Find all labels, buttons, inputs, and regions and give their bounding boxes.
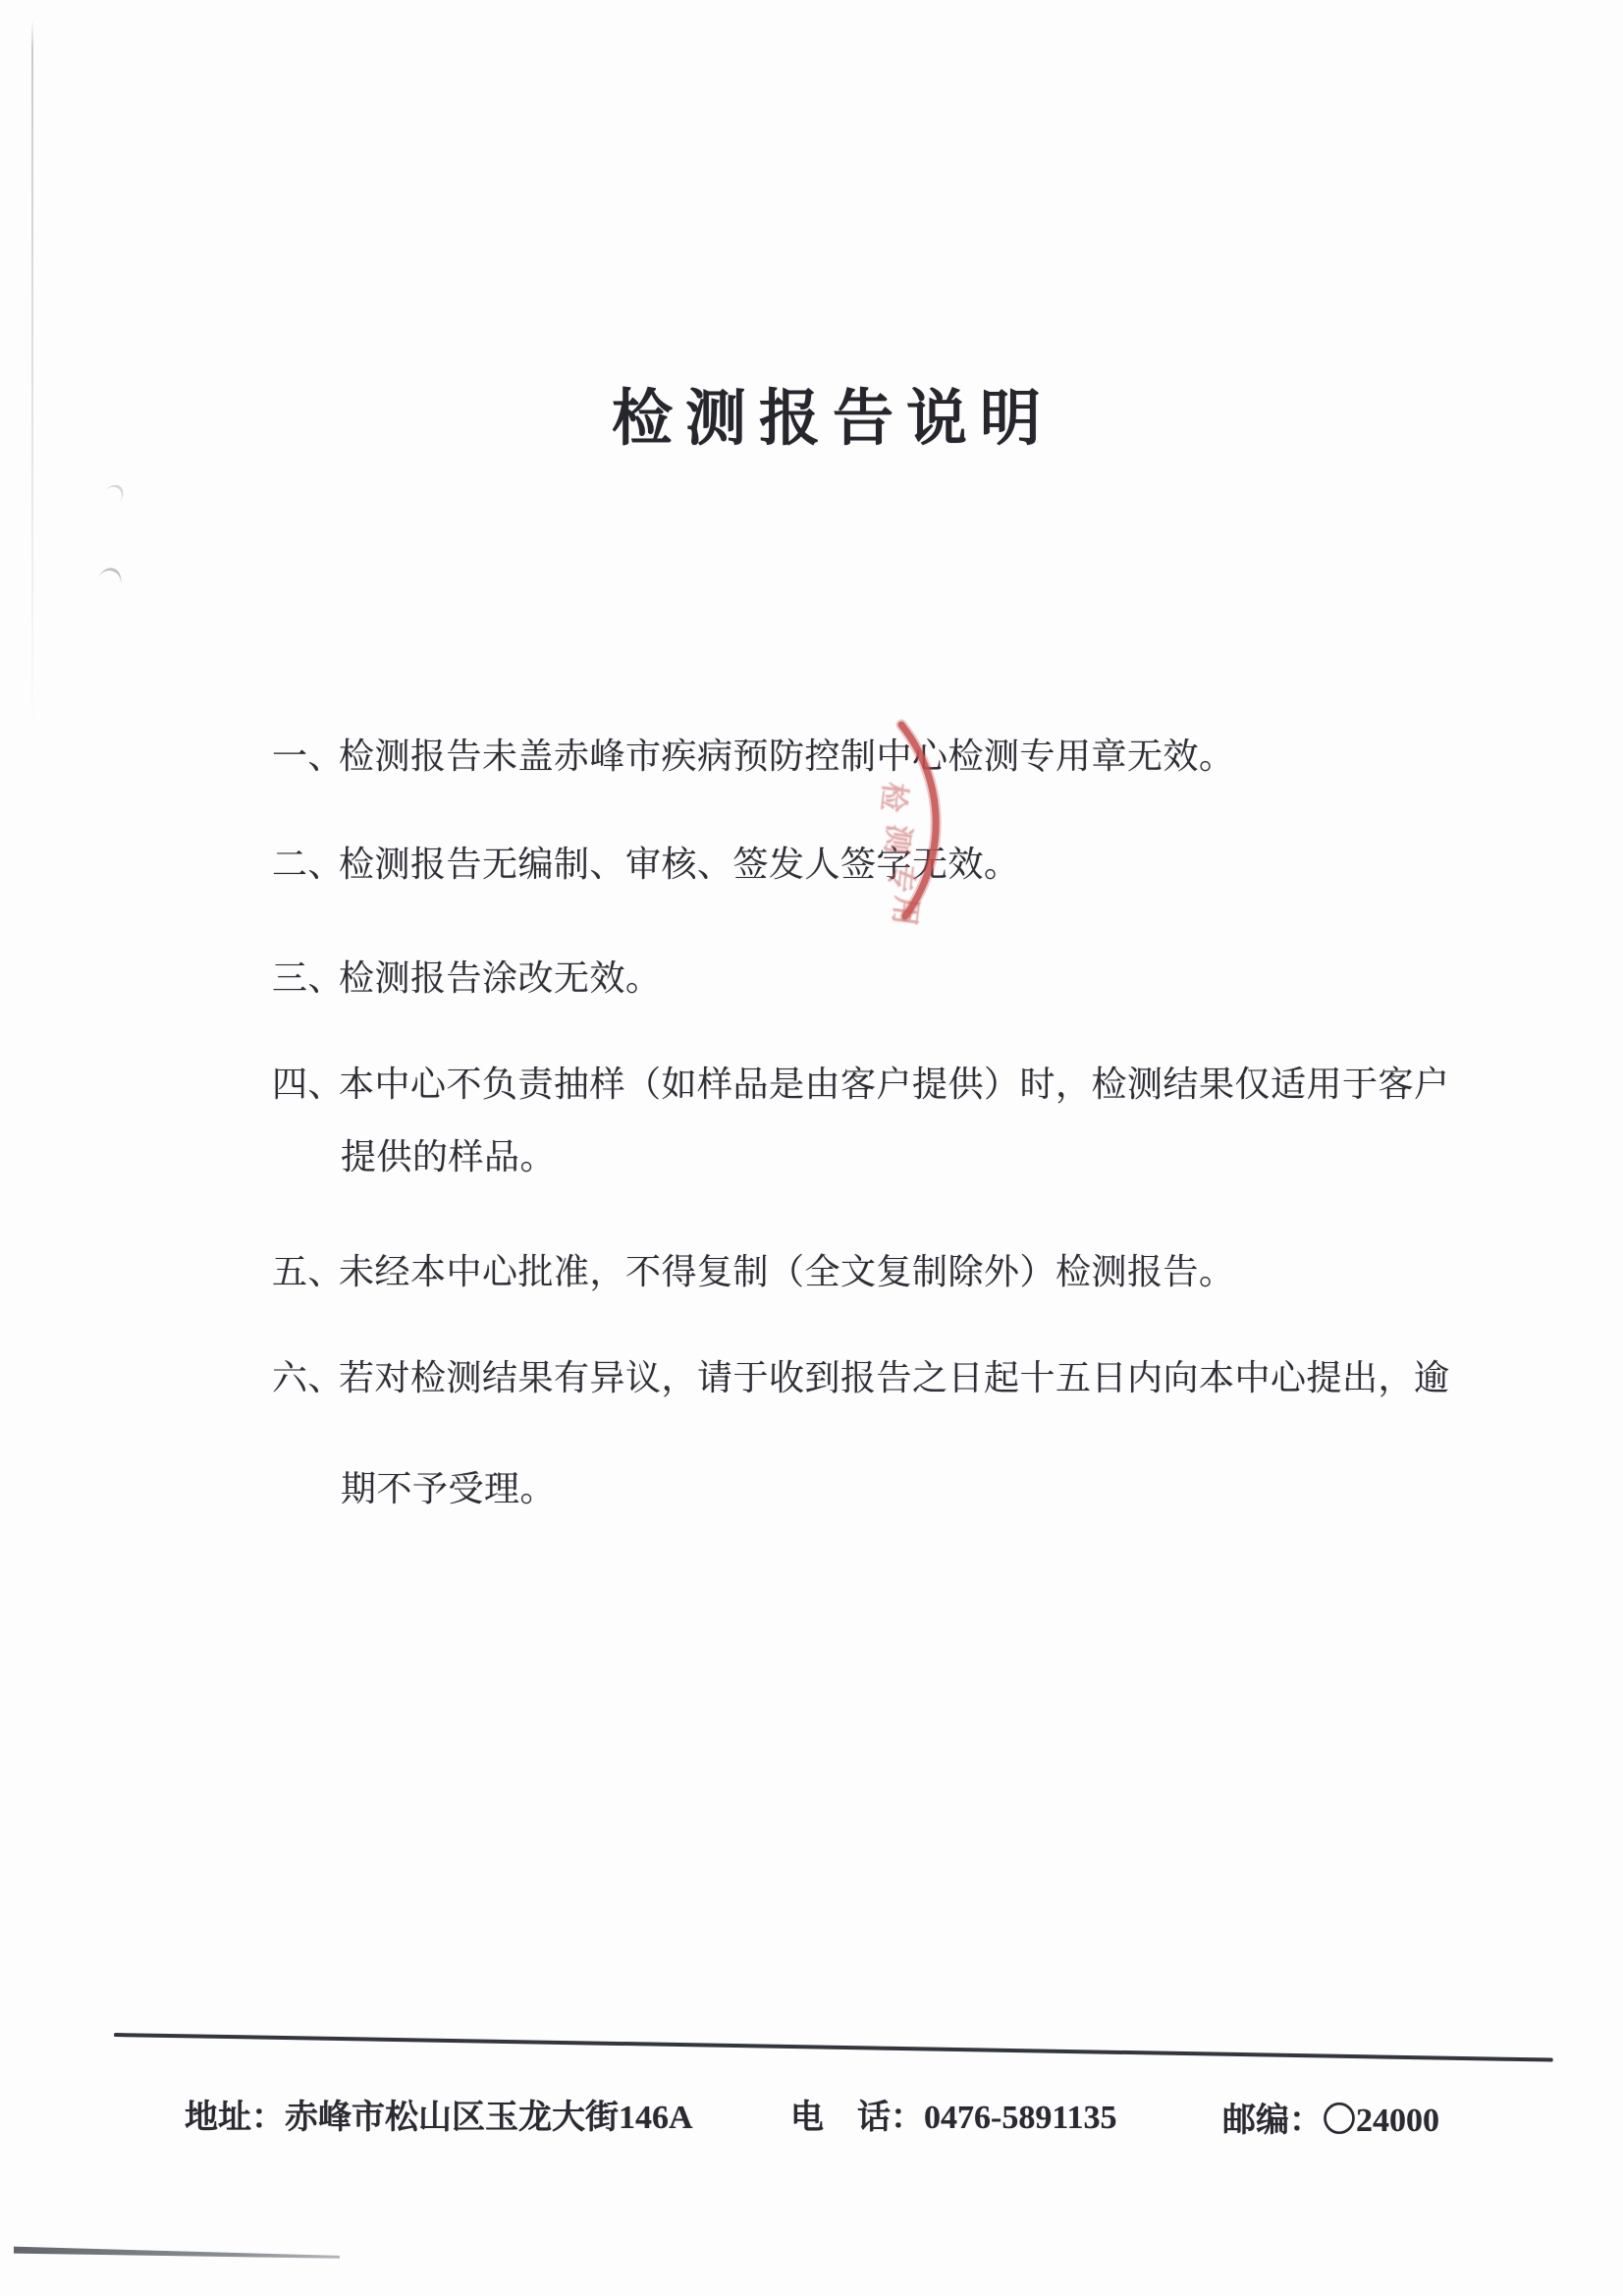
notice-item-4: 四、本中心不负责抽样（如样品是由客户提供）时，检测结果仅适用于客户 [272,1066,1450,1102]
item-1-text: 检测报告未盖赤峰市疾病预防控制中心检测专用章无效。 [339,737,1235,776]
item-6-text-line2: 期不予受理。 [341,1471,556,1506]
page-title: 检测报告说明 [612,369,1054,457]
notice-item-5: 五、未经本中心批准，不得复制（全文复制除外）检测报告。 [272,1254,1235,1289]
notice-item-3: 三、检测报告涂改无效。 [272,960,662,996]
item-6-text-line1: 若对检测结果有异议，请于收到报告之日起十五日内向本中心提出，逾 [339,1358,1450,1397]
footer-address: 地址：赤峰市松山区玉龙大街146A [185,2100,693,2136]
address-label: 地址： [185,2100,285,2136]
scan-artifact-vertical-fold-line [31,20,33,737]
item-4-marker: 四、 [272,1066,339,1102]
stamp-inner-char-icon: 检 [873,780,919,814]
scan-artifact-smudge-upper [94,480,129,517]
scan-artifact-smudge-lower [93,565,125,601]
footer-phone: 电 话：0476-5891135 [790,2100,1116,2136]
scanned-document-page: 检测报告说明 一、检测报告未盖赤峰市疾病预防控制中心检测专用章无效。 二、检测报… [0,0,1623,2296]
stamp-inner-char-icon: 用 [885,894,931,928]
item-3-text: 检测报告涂改无效。 [339,958,662,998]
notice-item-1: 一、检测报告未盖赤峰市疾病预防控制中心检测专用章无效。 [272,738,1235,774]
item-4-text-line2: 提供的样品。 [341,1139,556,1175]
stamp-inner-char-icon: 测 [877,822,923,856]
item-5-marker: 五、 [272,1254,339,1289]
address-value: 赤峰市松山区玉龙大街146A [285,2100,693,2136]
item-5-text: 未经本中心批准，不得复制（全文复制除外）检测报告。 [339,1252,1235,1291]
item-3-marker: 三、 [272,960,339,996]
footer-divider-rule [114,2033,1553,2062]
stamp-inner-char-icon: 专 [881,860,927,895]
phone-value: 0476-5891135 [924,2100,1116,2136]
notice-item-6: 六、若对检测结果有异议，请于收到报告之日起十五日内向本中心提出，逾 [272,1360,1450,1395]
phone-label: 电 话： [790,2100,924,2136]
scan-artifact-page-edge-shadow [14,2245,340,2259]
item-1-marker: 一、 [272,738,339,774]
item-6-marker: 六、 [272,1360,339,1395]
postal-value: 〇24000 [1323,2103,1439,2139]
footer-postal-code: 邮编：〇24000 [1222,2103,1439,2139]
item-4-text-line1: 本中心不负责抽样（如样品是由客户提供）时，检测结果仅适用于客户 [339,1065,1450,1104]
item-2-marker: 二、 [272,847,339,882]
postal-label: 邮编： [1222,2103,1323,2139]
